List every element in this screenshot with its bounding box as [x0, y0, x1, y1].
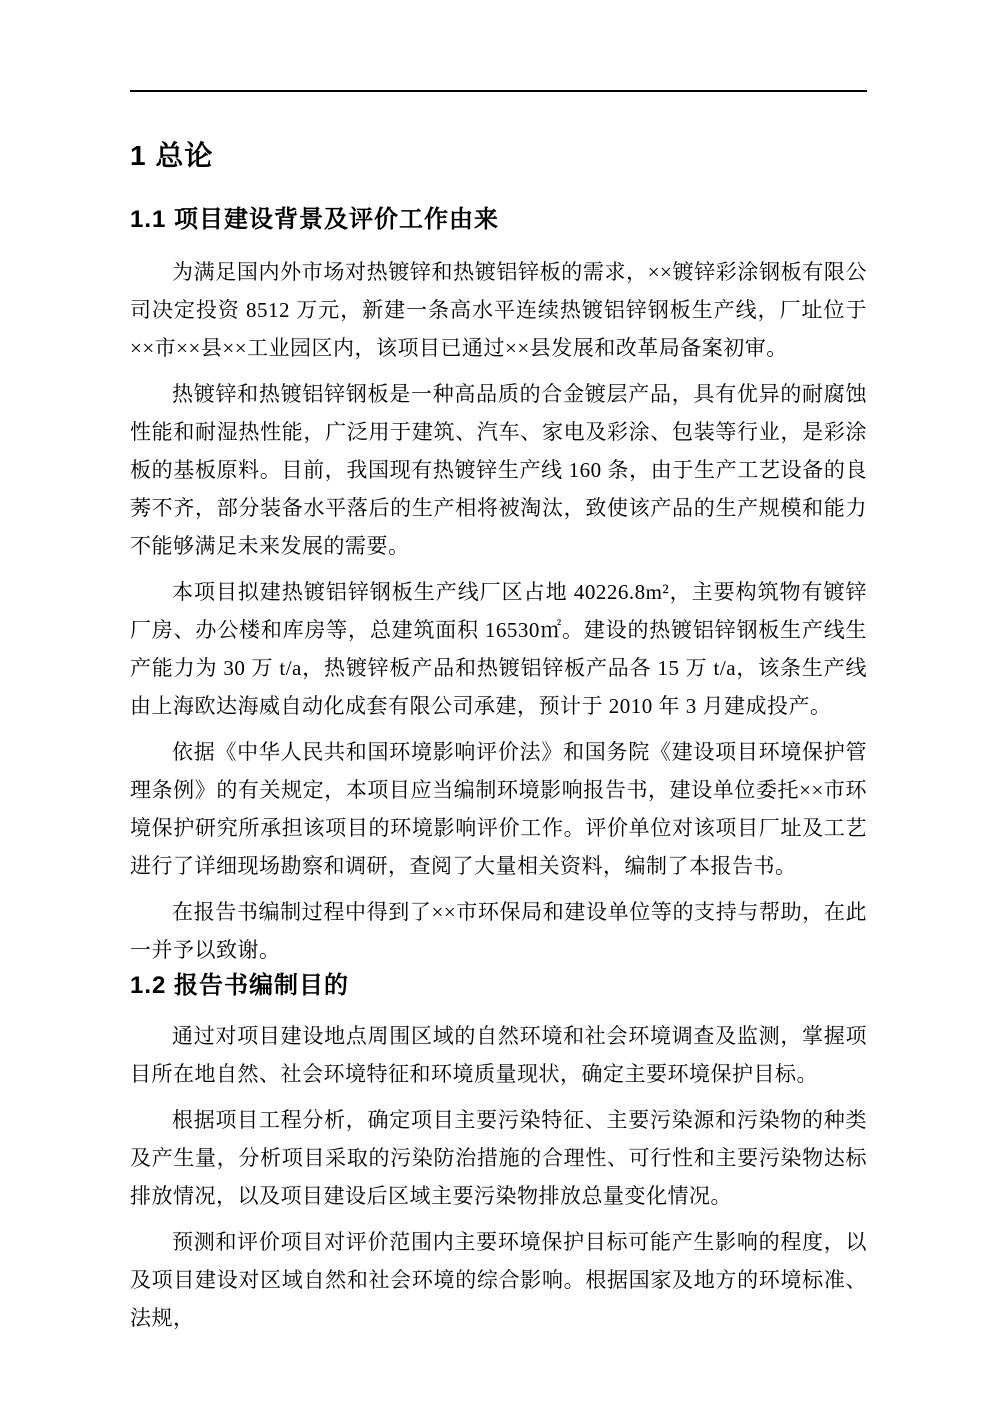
document-page: 1 总论 1.1 项目建设背景及评价工作由来 为满足国内外市场对热镀锌和热镀铝锌…: [0, 0, 993, 1404]
section-heading-1-2: 1.2 报告书编制目的: [130, 971, 867, 1001]
section-heading-1-1: 1.1 项目建设背景及评价工作由来: [130, 205, 867, 235]
paragraph-legal-basis: 依据《中华人民共和国环境影响评价法》和国务院《建设项目环境保护管理条例》的有关规…: [130, 733, 867, 885]
paragraph-project-background: 为满足国内外市场对热镀锌和热镀铝锌板的需求，××镀锌彩涂钢板有限公司决定投资 8…: [130, 253, 867, 367]
paragraph-purpose-pollution-analysis: 根据项目工程分析，确定项目主要污染特征、主要污染源和污染物的种类及产生量，分析项…: [130, 1101, 867, 1215]
paragraph-acknowledgement: 在报告书编制过程中得到了××市环保局和建设单位等的支持与帮助，在此一并予以致谢。: [130, 893, 867, 969]
paragraph-purpose-survey: 通过对项目建设地点周围区域的自然环境和社会环境调查及监测，掌握项目所在地自然、社…: [130, 1017, 867, 1093]
header-divider-line: [130, 90, 867, 92]
document-content: 1 总论 1.1 项目建设背景及评价工作由来 为满足国内外市场对热镀锌和热镀铝锌…: [130, 0, 867, 1337]
paragraph-purpose-prediction: 预测和评价项目对评价范围内主要环境保护目标可能产生影响的程度，以及项目建设对区域…: [130, 1223, 867, 1337]
paragraph-project-scale: 本项目拟建热镀铝锌钢板生产线厂区占地 40226.8m²，主要构筑物有镀锌厂房、…: [130, 573, 867, 725]
paragraph-product-overview: 热镀锌和热镀铝锌钢板是一种高品质的合金镀层产品，具有优异的耐腐蚀性能和耐湿热性能…: [130, 375, 867, 565]
chapter-heading: 1 总论: [130, 140, 867, 172]
